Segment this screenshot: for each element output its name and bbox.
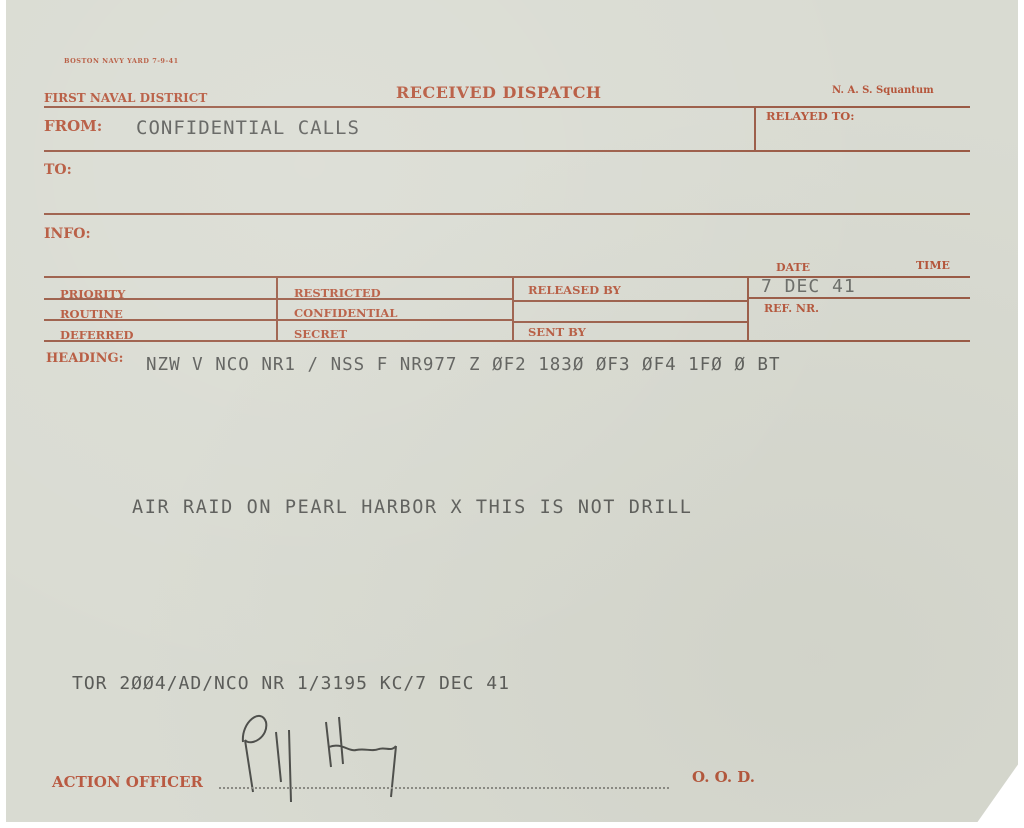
heading-label: HEADING: [46,351,123,366]
classification-restricted[interactable]: RESTRICTED [294,286,381,300]
rule [512,278,514,340]
date-label: DATE [776,261,810,274]
sent-by-label: SENT BY [528,325,586,339]
rule [44,150,970,152]
ood-label: O. O. D. [692,768,755,786]
district-label: FIRST NAVAL DISTRICT [44,91,207,105]
rule [278,319,512,321]
precedence-priority[interactable]: PRIORITY [60,287,125,301]
action-officer-signature-line[interactable] [219,787,669,789]
rule [276,278,278,340]
rule [754,106,756,150]
from-label: FROM: [44,117,102,135]
to-label: TO: [44,162,72,178]
date-value[interactable]: 7 DEC 41 [761,276,856,297]
from-value[interactable]: CONFIDENTIAL CALLS [136,117,360,139]
precedence-routine[interactable]: ROUTINE [60,307,123,321]
rule [514,321,747,323]
rule [44,213,970,215]
rule [44,340,970,342]
stamp-text: BOSTON NAVY YARD 7-9-41 [64,57,179,65]
dispatch-form: BOSTON NAVY YARD 7-9-41 FIRST NAVAL DIST… [6,0,1018,822]
message-body[interactable]: AIR RAID ON PEARL HARBOR X THIS IS NOT D… [132,497,692,518]
released-by-label: RELEASED BY [528,283,621,297]
heading-value[interactable]: NZW V NCO NR1 / NSS F NR977 Z ØF2 183Ø Ø… [146,355,780,375]
precedence-deferred[interactable]: DEFERRED [60,328,134,342]
classification-confidential[interactable]: CONFIDENTIAL [294,306,397,320]
signature [231,702,441,802]
info-label: INFO: [44,226,91,242]
rule [514,300,747,302]
relayed-to-label: RELAYED TO: [766,109,855,123]
rule [278,298,512,300]
rule [44,276,970,278]
rule [747,278,749,340]
rule [44,298,276,300]
rule [44,106,970,108]
rule [44,319,276,321]
station-label: N. A. S. Squantum [832,85,934,96]
rule [749,297,970,299]
tor-line[interactable]: TOR 2ØØ4/AD/NCO NR 1/3195 KC/7 DEC 41 [72,673,510,694]
ref-nr-label: REF. NR. [764,302,819,315]
form-title: RECEIVED DISPATCH [396,83,602,102]
action-officer-label: ACTION OFFICER [52,773,203,791]
classification-secret[interactable]: SECRET [294,327,347,341]
time-label: TIME [916,259,950,272]
